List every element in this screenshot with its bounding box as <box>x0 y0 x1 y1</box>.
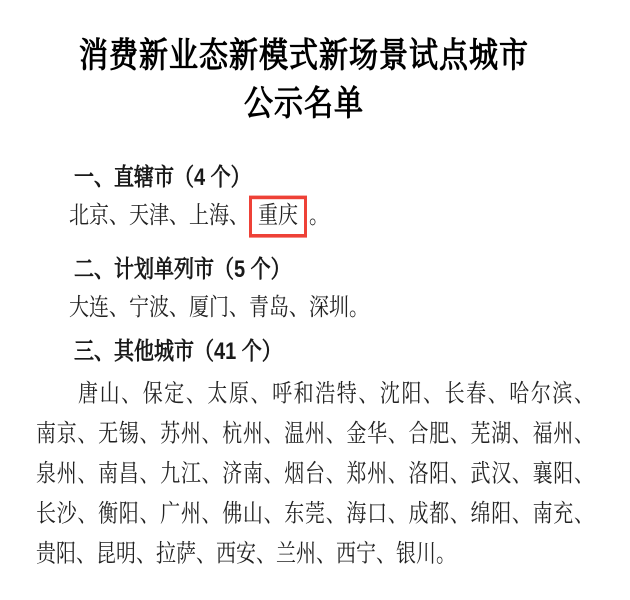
document-page: 消费新业态新模式新场景试点城市 公示名单 一、直辖市（4 个） 北京、天津、上海… <box>0 0 630 600</box>
municipalities-list-prefix: 北京、天津、上海、 <box>69 203 249 229</box>
municipalities-list-line: 北京、天津、上海、重庆。 <box>36 194 594 237</box>
document-body: 一、直辖市（4 个） 北京、天津、上海、重庆。 二、计划单列市（5 个） 大连、… <box>0 164 630 574</box>
planned-cities-list-line: 大连、宁波、厦门、青岛、深圳。 <box>36 286 594 329</box>
document-title: 消费新业态新模式新场景试点城市 公示名单 <box>0 32 630 128</box>
other-cities-paragraph: 唐山、保定、太原、呼和浩特、沈阳、长春、哈尔滨、 南京、无锡、苏州、杭州、温州、… <box>36 374 594 574</box>
other-cities-line-5: 贵阳、昆明、拉萨、西安、兰州、西宁、银川。 <box>36 530 594 579</box>
highlight-box: 重庆 <box>249 196 307 238</box>
section-municipalities-heading: 一、直辖市（4 个） <box>36 161 594 195</box>
highlighted-city-chongqing: 重庆 <box>258 203 298 229</box>
section-other-cities-heading: 三、其他城市（41 个） <box>36 335 594 369</box>
section-planned-cities-heading: 二、计划单列市（5 个） <box>36 253 594 287</box>
sentence-period: 。 <box>309 203 329 229</box>
title-line-2: 公示名单 <box>0 75 608 133</box>
